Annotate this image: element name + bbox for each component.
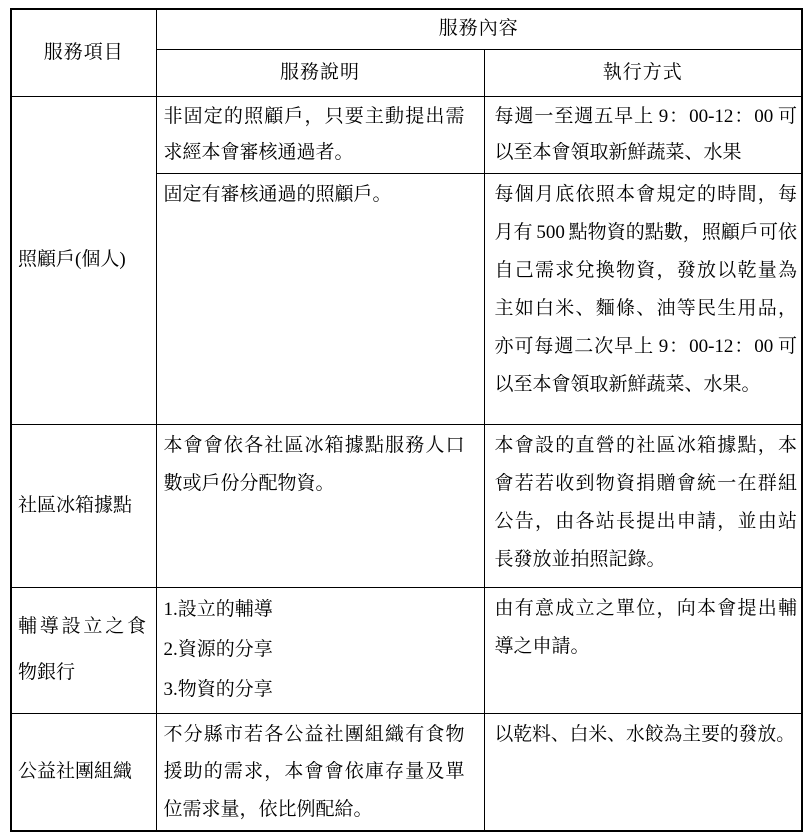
table-row-guided-food-bank: 輔導設立之食物銀行 1.設立的輔導 2.資源的分享 3.物資的分享 由有意成立之… — [11, 587, 802, 713]
header-row-1: 服務項目 服務內容 — [11, 9, 802, 49]
cell-description-guided-food-bank: 1.設立的輔導 2.資源的分享 3.物資的分享 — [156, 587, 484, 713]
execution-charity-organization-text: 以乾料、白米、水餃為主要的發放。 — [495, 716, 798, 754]
header-service-description: 服務說明 — [156, 49, 484, 96]
cell-description-fixed: 固定有審核通過的照顧戶。 — [156, 173, 484, 424]
table-row-charity-organization: 公益社團組織 不分縣市若各公益社團組織有食物援助的需求，本會會依庫存量及單位需求… — [11, 713, 802, 831]
cell-item-charity-organization: 公益社團組織 — [11, 713, 156, 831]
cell-execution-nonfixed: 每週一至週五早上 9：00-12：00 可以至本會領取新鮮蔬菜、水果 — [484, 96, 802, 173]
execution-community-fridge-text: 本會設的直營的社區冰箱據點，本會若若收到物資捐贈會統一在群組公告，由各站長提出申… — [495, 427, 798, 579]
cell-description-charity-organization: 不分縣市若各公益社團組織有食物援助的需求，本會會依庫存量及單位需求量，依比例配給… — [156, 713, 484, 831]
label-charity-organization: 公益社團組織 — [18, 749, 146, 795]
header-service-item: 服務項目 — [11, 9, 156, 96]
table-row-community-fridge: 社區冰箱據點 本會會依各社區冰箱據點服務人口數或戶份分配物資。 本會設的直營的社… — [11, 424, 802, 587]
cell-item-care-recipient: 照顧戶(個人) — [11, 96, 156, 424]
cell-description-nonfixed: 非固定的照顧戶，只要主動提出需求經本會審核通過者。 — [156, 96, 484, 173]
service-table: 服務項目 服務內容 服務說明 執行方式 照顧戶(個人) 非固定的照顧戶，只要主動… — [10, 8, 803, 832]
execution-nonfixed-text: 每週一至週五早上 9：00-12：00 可以至本會領取新鮮蔬菜、水果 — [495, 99, 798, 171]
description-community-fridge-text: 本會會依各社區冰箱據點服務人口數或戶份分配物資。 — [164, 427, 465, 503]
cell-item-community-fridge: 社區冰箱據點 — [11, 424, 156, 587]
cell-execution-charity-organization: 以乾料、白米、水餃為主要的發放。 — [484, 713, 802, 831]
description-nonfixed-text: 非固定的照顧戶，只要主動提出需求經本會審核通過者。 — [164, 99, 465, 171]
cell-execution-guided-food-bank: 由有意成立之單位，向本會提出輔導之申請。 — [484, 587, 802, 713]
cell-execution-community-fridge: 本會設的直營的社區冰箱據點，本會若若收到物資捐贈會統一在群組公告，由各站長提出申… — [484, 424, 802, 587]
table-row-care-recipient-a: 照顧戶(個人) 非固定的照顧戶，只要主動提出需求經本會審核通過者。 每週一至週五… — [11, 96, 802, 173]
description-charity-organization-text: 不分縣市若各公益社團組織有食物援助的需求，本會會依庫存量及單位需求量，依比例配給… — [164, 716, 465, 829]
label-community-fridge: 社區冰箱據點 — [18, 483, 146, 529]
list-item-1: 1.設立的輔導 — [164, 590, 465, 630]
execution-guided-food-bank-text: 由有意成立之單位，向本會提出輔導之申請。 — [495, 590, 798, 666]
header-service-content: 服務內容 — [156, 9, 802, 49]
header-execution-method: 執行方式 — [484, 49, 802, 96]
description-fixed-text: 固定有審核通過的照顧戶。 — [164, 176, 465, 214]
execution-fixed-text: 每個月底依照本會規定的時間，每月有 500 點物資的點數，照顧戶可依自己需求兌換… — [495, 176, 798, 404]
document-page: 服務項目 服務內容 服務說明 執行方式 照顧戶(個人) 非固定的照顧戶，只要主動… — [0, 0, 811, 834]
cell-item-guided-food-bank: 輔導設立之食物銀行 — [11, 587, 156, 713]
description-guided-food-bank-list: 1.設立的輔導 2.資源的分享 3.物資的分享 — [164, 590, 465, 710]
cell-description-community-fridge: 本會會依各社區冰箱據點服務人口數或戶份分配物資。 — [156, 424, 484, 587]
label-guided-food-bank: 輔導設立之食物銀行 — [18, 604, 146, 696]
cell-execution-fixed: 每個月底依照本會規定的時間，每月有 500 點物資的點數，照顧戶可依自己需求兌換… — [484, 173, 802, 424]
list-item-3: 3.物資的分享 — [164, 670, 465, 710]
label-care-recipient: 照顧戶(個人) — [18, 237, 146, 283]
list-item-2: 2.資源的分享 — [164, 630, 465, 670]
